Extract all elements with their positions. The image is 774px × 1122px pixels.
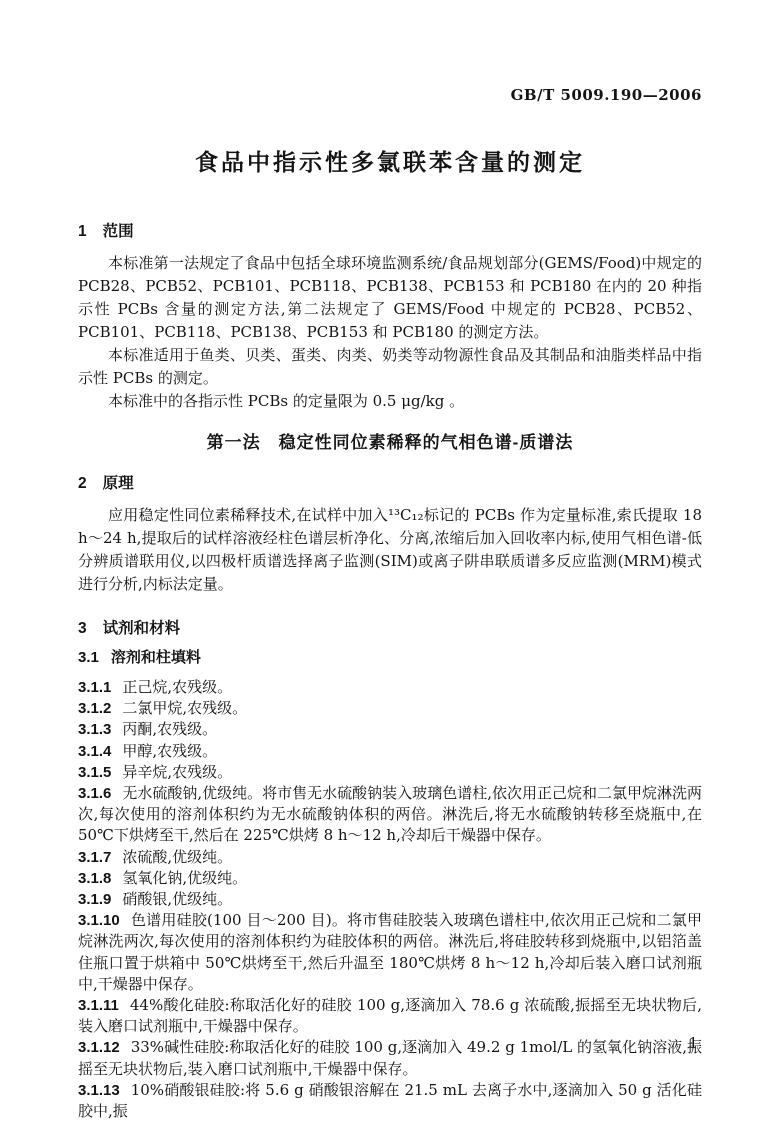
clause-text: 异辛烷,农残级。	[122, 763, 232, 781]
clause-item: 3.1.3丙酮,农残级。	[78, 719, 702, 740]
subsection-number: 3.1	[78, 647, 99, 669]
reagent-clause-list: 3.1.1正己烷,农残级。 3.1.2二氯甲烷,农残级。 3.1.3丙酮,农残级…	[78, 677, 702, 1122]
subsection-title: 溶剂和柱填料	[111, 649, 201, 666]
clause-item: 3.1.6无水硫酸钠,优级纯。将市售无水硫酸钠装入玻璃色谱柱,依次用正己烷和二氯…	[78, 783, 702, 847]
clause-item: 3.1.8氢氧化钠,优级纯。	[78, 868, 702, 889]
subsection-solvents-heading: 3.1溶剂和柱填料	[78, 647, 702, 669]
section-title: 范围	[103, 223, 134, 240]
clause-item: 3.1.2二氯甲烷,农残级。	[78, 698, 702, 719]
clause-item: 3.1.1310%硝酸银硅胶:将 5.6 g 硝酸银溶解在 21.5 mL 去离…	[78, 1080, 702, 1122]
clause-text: 33%碱性硅胶:称取活化好的硅胶 100 g,逐滴加入 49.2 g 1mol/…	[78, 1038, 702, 1077]
clause-text: 硝酸银,优级纯。	[122, 890, 232, 908]
clause-number: 3.1.1	[78, 679, 111, 696]
method-one-heading: 第一法 稳定性同位素稀释的气相色谱-质谱法	[78, 428, 702, 453]
clause-text: 氢氧化钠,优级纯。	[122, 869, 247, 887]
clause-number: 3.1.6	[78, 785, 111, 802]
clause-number: 3.1.8	[78, 870, 111, 887]
clause-text: 甲醇,农残级。	[122, 742, 217, 760]
clause-item: 3.1.5异辛烷,农残级。	[78, 762, 702, 783]
clause-number: 3.1.5	[78, 764, 111, 781]
clause-text: 10%硝酸银硅胶:将 5.6 g 硝酸银溶解在 21.5 mL 去离子水中,逐滴…	[78, 1081, 702, 1120]
document-page: GB/T 5009.190—2006 食品中指示性多氯联苯含量的测定 1范围 本…	[0, 0, 774, 1122]
section-number: 1	[78, 221, 87, 243]
section-title: 原理	[103, 475, 134, 492]
section-principle-heading: 2原理	[78, 473, 702, 495]
clause-text: 无水硫酸钠,优级纯。将市售无水硫酸钠装入玻璃色谱柱,依次用正己烷和二氯甲烷淋洗两…	[78, 784, 702, 844]
clause-item: 3.1.4甲醇,农残级。	[78, 741, 702, 762]
clause-number: 3.1.9	[78, 891, 111, 908]
clause-number: 3.1.7	[78, 849, 111, 866]
clause-item: 3.1.9硝酸银,优级纯。	[78, 889, 702, 910]
section-scope-heading: 1范围	[78, 221, 702, 243]
clause-item: 3.1.1144%酸化硅胶:称取活化好的硅胶 100 g,逐滴加入 78.6 g…	[78, 995, 702, 1037]
clause-number: 3.1.3	[78, 721, 111, 738]
clause-text: 丙酮,农残级。	[122, 720, 217, 738]
clause-item: 3.1.7浓硫酸,优级纯。	[78, 847, 702, 868]
clause-number: 3.1.4	[78, 743, 111, 760]
section-reagents-heading: 3试剂和材料	[78, 618, 702, 640]
clause-number: 3.1.11	[78, 997, 119, 1014]
clause-item: 3.1.1233%碱性硅胶:称取活化好的硅胶 100 g,逐滴加入 49.2 g…	[78, 1037, 702, 1079]
clause-text: 色谱用硅胶(100 目～200 目)。将市售硅胶装入玻璃色谱柱中,依次用正己烷和…	[78, 911, 702, 993]
standard-code: GB/T 5009.190—2006	[78, 86, 702, 104]
clause-text: 二氯甲烷,农残级。	[122, 699, 247, 717]
scope-paragraph-2: 本标准适用于鱼类、贝类、蛋类、肉类、奶类等动物源性食品及其制品和油脂类样品中指示…	[78, 344, 702, 390]
clause-text: 44%酸化硅胶:称取活化好的硅胶 100 g,逐滴加入 78.6 g 浓硫酸,振…	[78, 996, 702, 1035]
document-title: 食品中指示性多氯联苯含量的测定	[78, 144, 702, 177]
clause-number: 3.1.10	[78, 912, 120, 929]
clause-item: 3.1.1正己烷,农残级。	[78, 677, 702, 698]
scope-paragraph-3: 本标准中的各指示性 PCBs 的定量限为 0.5 μg/kg 。	[78, 390, 702, 413]
scope-paragraph-1: 本标准第一法规定了食品中包括全球环境监测系统/食品规划部分(GEMS/Food)…	[78, 252, 702, 344]
page-content: GB/T 5009.190—2006 食品中指示性多氯联苯含量的测定 1范围 本…	[78, 0, 702, 1122]
clause-number: 3.1.2	[78, 700, 111, 717]
section-title: 试剂和材料	[103, 620, 181, 637]
clause-text: 正己烷,农残级。	[122, 678, 232, 696]
clause-item: 3.1.10色谱用硅胶(100 目～200 目)。将市售硅胶装入玻璃色谱柱中,依…	[78, 910, 702, 995]
page-number: 1	[688, 1034, 698, 1052]
principle-paragraph: 应用稳定性同位素稀释技术,在试样中加入¹³C₁₂标记的 PCBs 作为定量标准,…	[78, 504, 702, 596]
clause-number: 3.1.12	[78, 1039, 120, 1056]
clause-number: 3.1.13	[78, 1082, 120, 1099]
section-number: 3	[78, 618, 87, 640]
clause-text: 浓硫酸,优级纯。	[122, 848, 232, 866]
section-number: 2	[78, 473, 87, 495]
